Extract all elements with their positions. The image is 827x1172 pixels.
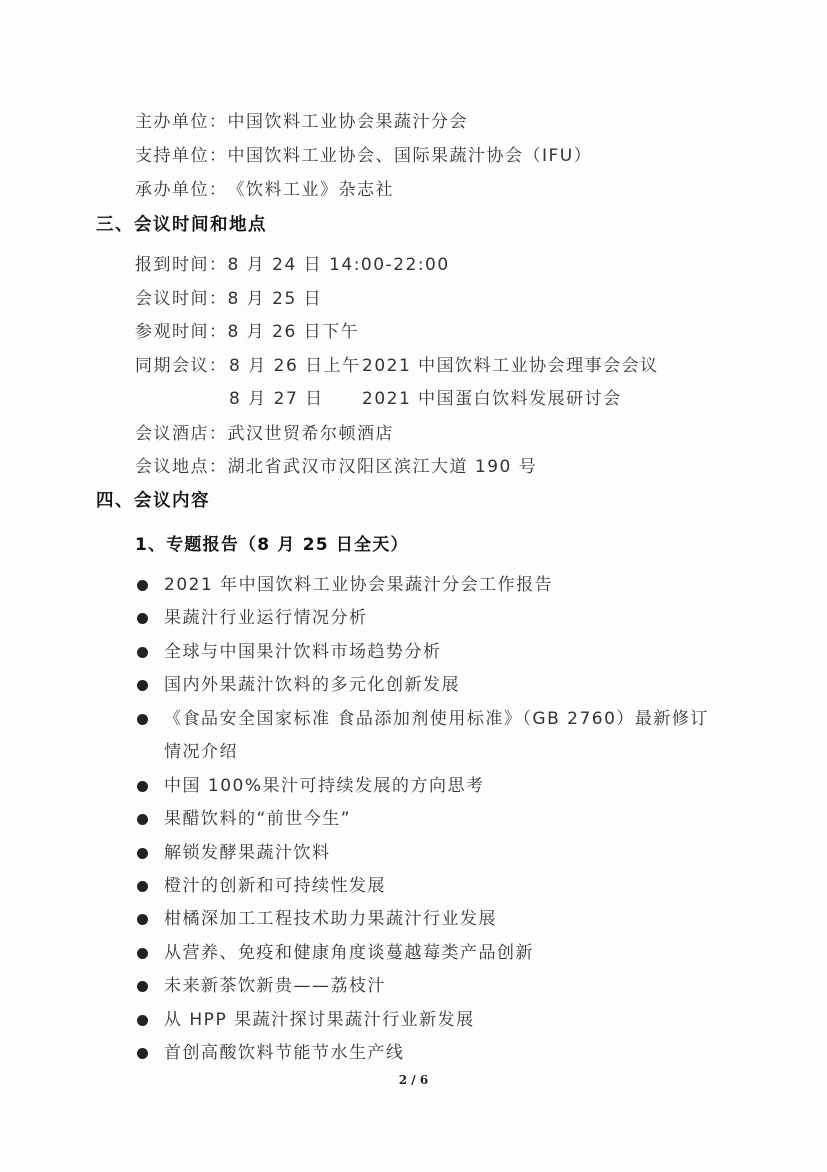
concurrent-meeting-1: 同期会议： 8 月 26 日上午 2021 中国饮料工业协会理事会会议 <box>135 355 735 377</box>
registration-time: 报到时间：8 月 24 日 14:00-22:00 <box>135 254 450 276</box>
subsection-1-title: 1、专题报告（8 月 25 日全天） <box>135 534 409 556</box>
list-item-text: 柑橘深加工工程技术助力果蔬汁行业发展 <box>164 908 497 930</box>
meeting-hotel-label: 会议酒店： <box>135 423 228 445</box>
list-item-text: 国内外果蔬汁饮料的多元化创新发展 <box>164 674 460 696</box>
concurrent-meeting-date: 8 月 26 日上午 <box>229 355 361 377</box>
organizer-support: 支持单位：中国饮料工业协会、国际果蔬汁协会（IFU） <box>135 145 592 167</box>
meeting-address-value: 湖北省武汉市汉阳区滨江大道 190 号 <box>228 456 538 478</box>
list-item-text: 中国 100%果汁可持续发展的方向思考 <box>164 775 485 797</box>
meeting-hotel-value: 武汉世贸希尔顿酒店 <box>228 423 395 445</box>
bullet-icon <box>137 647 148 658</box>
bullet-icon <box>137 781 148 792</box>
page-number: 2 / 6 <box>0 1073 827 1087</box>
bullet-icon <box>137 680 148 691</box>
document-page: 主办单位：中国饮料工业协会果蔬汁分会 支持单位：中国饮料工业协会、国际果蔬汁协会… <box>0 0 827 1172</box>
meeting-time-label: 会议时间： <box>135 288 228 310</box>
list-item-text: 果蔬汁行业运行情况分析 <box>164 607 368 629</box>
visit-time: 参观时间：8 月 26 日下午 <box>135 321 359 343</box>
visit-time-label: 参观时间： <box>135 321 228 343</box>
list-item-text: 《食品安全国家标准 食品添加剂使用标准》（GB 2760）最新修订 <box>164 708 709 730</box>
bullet-icon <box>137 848 148 859</box>
concurrent-meeting-event: 2021 中国蛋白饮料发展研讨会 <box>362 388 622 410</box>
list-item-text: 橙汁的创新和可持续性发展 <box>164 875 386 897</box>
bullet-icon <box>137 613 148 624</box>
list-item-text: 情况介绍 <box>164 741 238 763</box>
organizer-host-label: 主办单位： <box>135 111 228 133</box>
concurrent-meeting-event: 2021 中国饮料工业协会理事会会议 <box>362 355 659 377</box>
organizer-undertaker: 承办单位：《饮料工业》杂志社 <box>135 179 394 201</box>
section-4-title: 四、会议内容 <box>96 490 210 512</box>
bullet-icon <box>137 948 148 959</box>
list-item-text: 未来新茶饮新贵——荔枝汁 <box>164 975 386 997</box>
bullet-icon <box>137 1015 148 1026</box>
list-item-text: 全球与中国果汁饮料市场趋势分析 <box>164 641 442 663</box>
meeting-time: 会议时间：8 月 25 日 <box>135 288 322 310</box>
organizer-host-value: 中国饮料工业协会果蔬汁分会 <box>228 111 469 133</box>
bullet-icon <box>137 714 148 725</box>
visit-time-value: 8 月 26 日下午 <box>228 321 360 343</box>
list-item-text: 2021 年中国饮料工业协会果蔬汁分会工作报告 <box>164 574 553 596</box>
concurrent-meeting-label: 同期会议： <box>135 355 228 377</box>
registration-time-label: 报到时间： <box>135 254 228 276</box>
organizer-host: 主办单位：中国饮料工业协会果蔬汁分会 <box>135 111 468 133</box>
registration-time-value: 8 月 24 日 14:00-22:00 <box>228 254 450 276</box>
organizer-support-label: 支持单位： <box>135 145 228 167</box>
concurrent-meeting-date: 8 月 27 日 <box>229 388 324 410</box>
bullet-icon <box>137 914 148 925</box>
meeting-time-value: 8 月 25 日 <box>228 288 323 310</box>
list-item-text: 从 HPP 果蔬汁探讨果蔬汁行业新发展 <box>164 1009 475 1031</box>
meeting-address: 会议地点：湖北省武汉市汉阳区滨江大道 190 号 <box>135 456 537 478</box>
meeting-hotel: 会议酒店：武汉世贸希尔顿酒店 <box>135 423 394 445</box>
bullet-icon <box>137 1048 148 1059</box>
bullet-icon <box>137 580 148 591</box>
bullet-icon <box>137 981 148 992</box>
organizer-support-value: 中国饮料工业协会、国际果蔬汁协会（IFU） <box>228 145 593 167</box>
concurrent-meeting-2: 8 月 27 日 2021 中国蛋白饮料发展研讨会 <box>135 388 735 410</box>
organizer-undertaker-label: 承办单位： <box>135 179 228 201</box>
list-item-text: 从营养、免疫和健康角度谈蔓越莓类产品创新 <box>164 942 534 964</box>
section-3-title: 三、会议时间和地点 <box>96 214 267 236</box>
organizer-undertaker-value: 《饮料工业》杂志社 <box>228 179 395 201</box>
bullet-icon <box>137 881 148 892</box>
list-item-text: 果醋饮料的“前世今生” <box>164 808 351 830</box>
list-item-text: 首创高酸饮料节能节水生产线 <box>164 1042 405 1064</box>
meeting-address-label: 会议地点： <box>135 456 228 478</box>
list-item-text: 解锁发酵果蔬汁饮料 <box>164 842 331 864</box>
bullet-icon <box>137 814 148 825</box>
